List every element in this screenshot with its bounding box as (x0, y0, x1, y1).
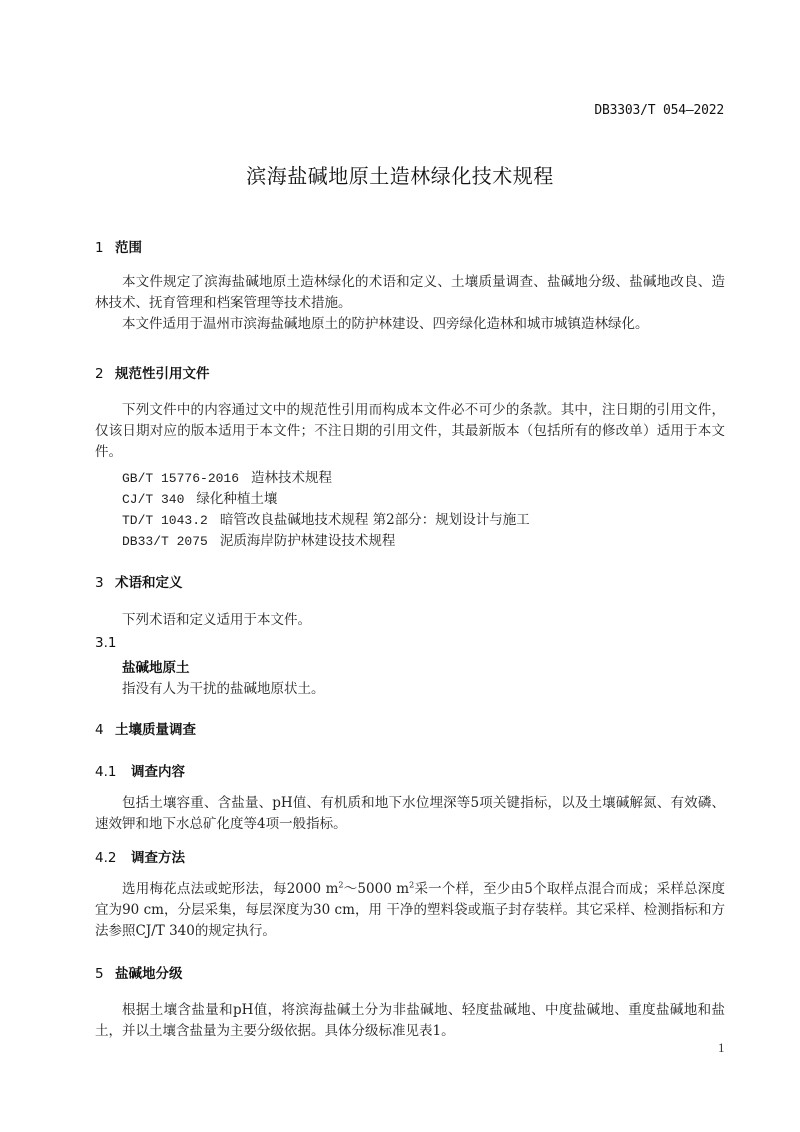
section-title: 术语和定义 (115, 575, 183, 591)
section-title: 土壤质量调查 (115, 722, 196, 738)
paragraph: 包括土壤容重、含盐量、pH值、有机质和地下水位埋深等5项关键指标，以及土壤碱解氮… (95, 793, 725, 835)
reference-name: 泥质海岸防护林建设技术规程 (220, 533, 396, 549)
reference-item: CJ/T 340绿化种植土壤 (122, 487, 277, 507)
standard-code: DB3303/T 054—2022 (594, 103, 724, 118)
paragraph: 根据土壤含盐量和pH值，将滨海盐碱土分为非盐碱地、轻度盐碱地、中度盐碱地、重度盐… (95, 1000, 725, 1042)
reference-code: TD/T 1043.2 (122, 513, 208, 528)
paragraph: 本文件规定了滨海盐碱地原土造林绿化的术语和定义、土壤质量调查、盐碱地分级、盐碱地… (95, 272, 725, 314)
reference-item: GB/T 15776-2016造林技术规程 (122, 466, 332, 486)
paragraph: 下列术语和定义适用于本文件。 (95, 610, 725, 631)
term-number: 3.1 (95, 635, 116, 651)
section-title: 规范性引用文件 (115, 366, 210, 382)
reference-name: 暗管改良盐碱地技术规程 第2部分：规划设计与施工 (220, 512, 530, 528)
term-name: 盐碱地原土 (122, 656, 190, 676)
reference-code: DB33/T 2075 (122, 534, 208, 549)
paragraph: 本文件适用于温州市滨海盐碱地原土的防护林建设、四旁绿化造林和城市城镇造林绿化。 (95, 314, 725, 335)
subsection-title: 调查方法 (131, 850, 185, 866)
subsection-number: 4.2 (95, 850, 131, 866)
section-title: 范围 (115, 240, 142, 256)
subsection-heading-survey-content: 4.1调查内容 (95, 760, 185, 780)
section-title: 盐碱地分级 (115, 966, 183, 982)
reference-item: TD/T 1043.2暗管改良盐碱地技术规程 第2部分：规划设计与施工 (122, 508, 530, 528)
subsection-title: 调查内容 (131, 764, 185, 780)
reference-code: CJ/T 340 (122, 492, 184, 507)
section-number: 4 (95, 722, 115, 738)
document-title: 滨海盐碱地原土造林绿化技术规程 (0, 160, 800, 189)
paragraph-text: 选用梅花点法或蛇形法，每2000 m (122, 881, 338, 897)
paragraph: 下列文件中的内容通过文中的规范性引用而构成本文件必不可少的条款。其中，注日期的引… (95, 400, 725, 463)
term-definition: 指没有人为干扰的盐碱地原状土。 (122, 677, 325, 697)
section-heading-soil-survey: 4土壤质量调查 (95, 718, 196, 738)
section-heading-scope: 1范围 (95, 236, 142, 256)
subsection-number: 4.1 (95, 764, 131, 780)
reference-item: DB33/T 2075泥质海岸防护林建设技术规程 (122, 529, 395, 549)
document-page: DB3303/T 054—2022 滨海盐碱地原土造林绿化技术规程 1范围 本文… (0, 0, 800, 1132)
section-number: 2 (95, 366, 115, 382)
section-number: 5 (95, 966, 115, 982)
page-number: 1 (718, 1040, 725, 1056)
reference-code: GB/T 15776-2016 (122, 471, 239, 486)
reference-name: 绿化种植土壤 (196, 491, 277, 507)
section-number: 1 (95, 240, 115, 256)
section-heading-saline-classification: 5盐碱地分级 (95, 962, 183, 982)
paragraph-text: ～5000 m (343, 881, 409, 897)
section-heading-terms-definitions: 3术语和定义 (95, 571, 183, 591)
section-heading-normative-references: 2规范性引用文件 (95, 362, 210, 382)
subsection-heading-survey-method: 4.2调查方法 (95, 846, 185, 866)
reference-name: 造林技术规程 (251, 470, 332, 486)
section-number: 3 (95, 575, 115, 591)
paragraph: 选用梅花点法或蛇形法，每2000 m2～5000 m2采一个样，至少由5个取样点… (95, 879, 725, 942)
